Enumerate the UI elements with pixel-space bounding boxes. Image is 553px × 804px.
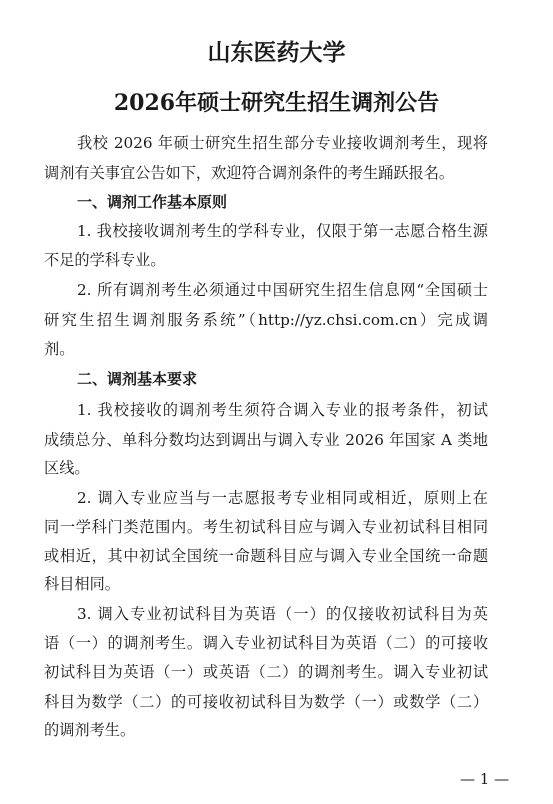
s1-item2-line-2: 研究生招生调剂服务系统”（http://yz.chsi.com.cn）完成调 xyxy=(44,310,488,330)
s1-item1-line-2: 不足的学科专业。 xyxy=(44,250,488,270)
s2-item3-line-1: 3. 调入专业初试科目为英语（一）的仅接收初试科目为英 xyxy=(77,604,488,624)
intro-line-2: 调剂有关事宜公告如下，欢迎符合调剂条件的考生踊跃报名。 xyxy=(44,163,488,183)
s1-item2-line-3: 剂。 xyxy=(44,339,488,359)
intro-line-1: 我校 2026 年硕士研究生招生部分专业接收调剂考生，现将 xyxy=(77,133,488,153)
section2-heading: 二、调剂基本要求 xyxy=(77,369,488,389)
s2-item3-line-4: 科目为数学（二）的可接收初试科目为数学（一）或数学（二） xyxy=(44,692,488,712)
section1-heading: 一、调剂工作基本原则 xyxy=(77,192,488,212)
s2-item2-line-3: 或相近，其中初试全国统一命题科目应与调入专业全国统一命题 xyxy=(44,546,488,566)
announcement-title: 2026年硕士研究生招生调剂公告 xyxy=(0,86,553,117)
university-title: 山东医药大学 xyxy=(0,34,553,67)
page-number: — 1 — xyxy=(460,770,509,788)
s2-item2-line-2: 同一学科门类范围内。考生初试科目应与调入专业初试科目相同 xyxy=(44,517,488,537)
s2-item2-line-1: 2. 调入专业应当与一志愿报考专业相同或相近，原则上在 xyxy=(77,488,488,508)
s2-item1-line-3: 区线。 xyxy=(44,458,488,478)
s2-item3-line-5: 的调剂考生。 xyxy=(44,720,488,740)
s2-item3-line-2: 语（一）的调剂考生。调入专业初试科目为英语（二）的可接收 xyxy=(44,633,488,653)
s2-item1-line-2: 成绩总分、单科分数均达到调出与调入专业 2026 年国家 A 类地 xyxy=(44,430,488,450)
s2-item1-line-1: 1. 我校接收的调剂考生须符合调入专业的报考条件，初试 xyxy=(77,400,488,420)
s1-item2-line-1: 2. 所有调剂考生必须通过中国研究生招生信息网“全国硕士 xyxy=(77,280,488,300)
s1-item1-line-1: 1. 我校接收调剂考生的学科专业，仅限于第一志愿合格生源 xyxy=(77,221,488,241)
s2-item2-line-4: 科目相同。 xyxy=(44,574,488,594)
s2-item3-line-3: 初试科目为英语（一）或英语（二）的调剂考生。调入专业初试 xyxy=(44,662,488,682)
